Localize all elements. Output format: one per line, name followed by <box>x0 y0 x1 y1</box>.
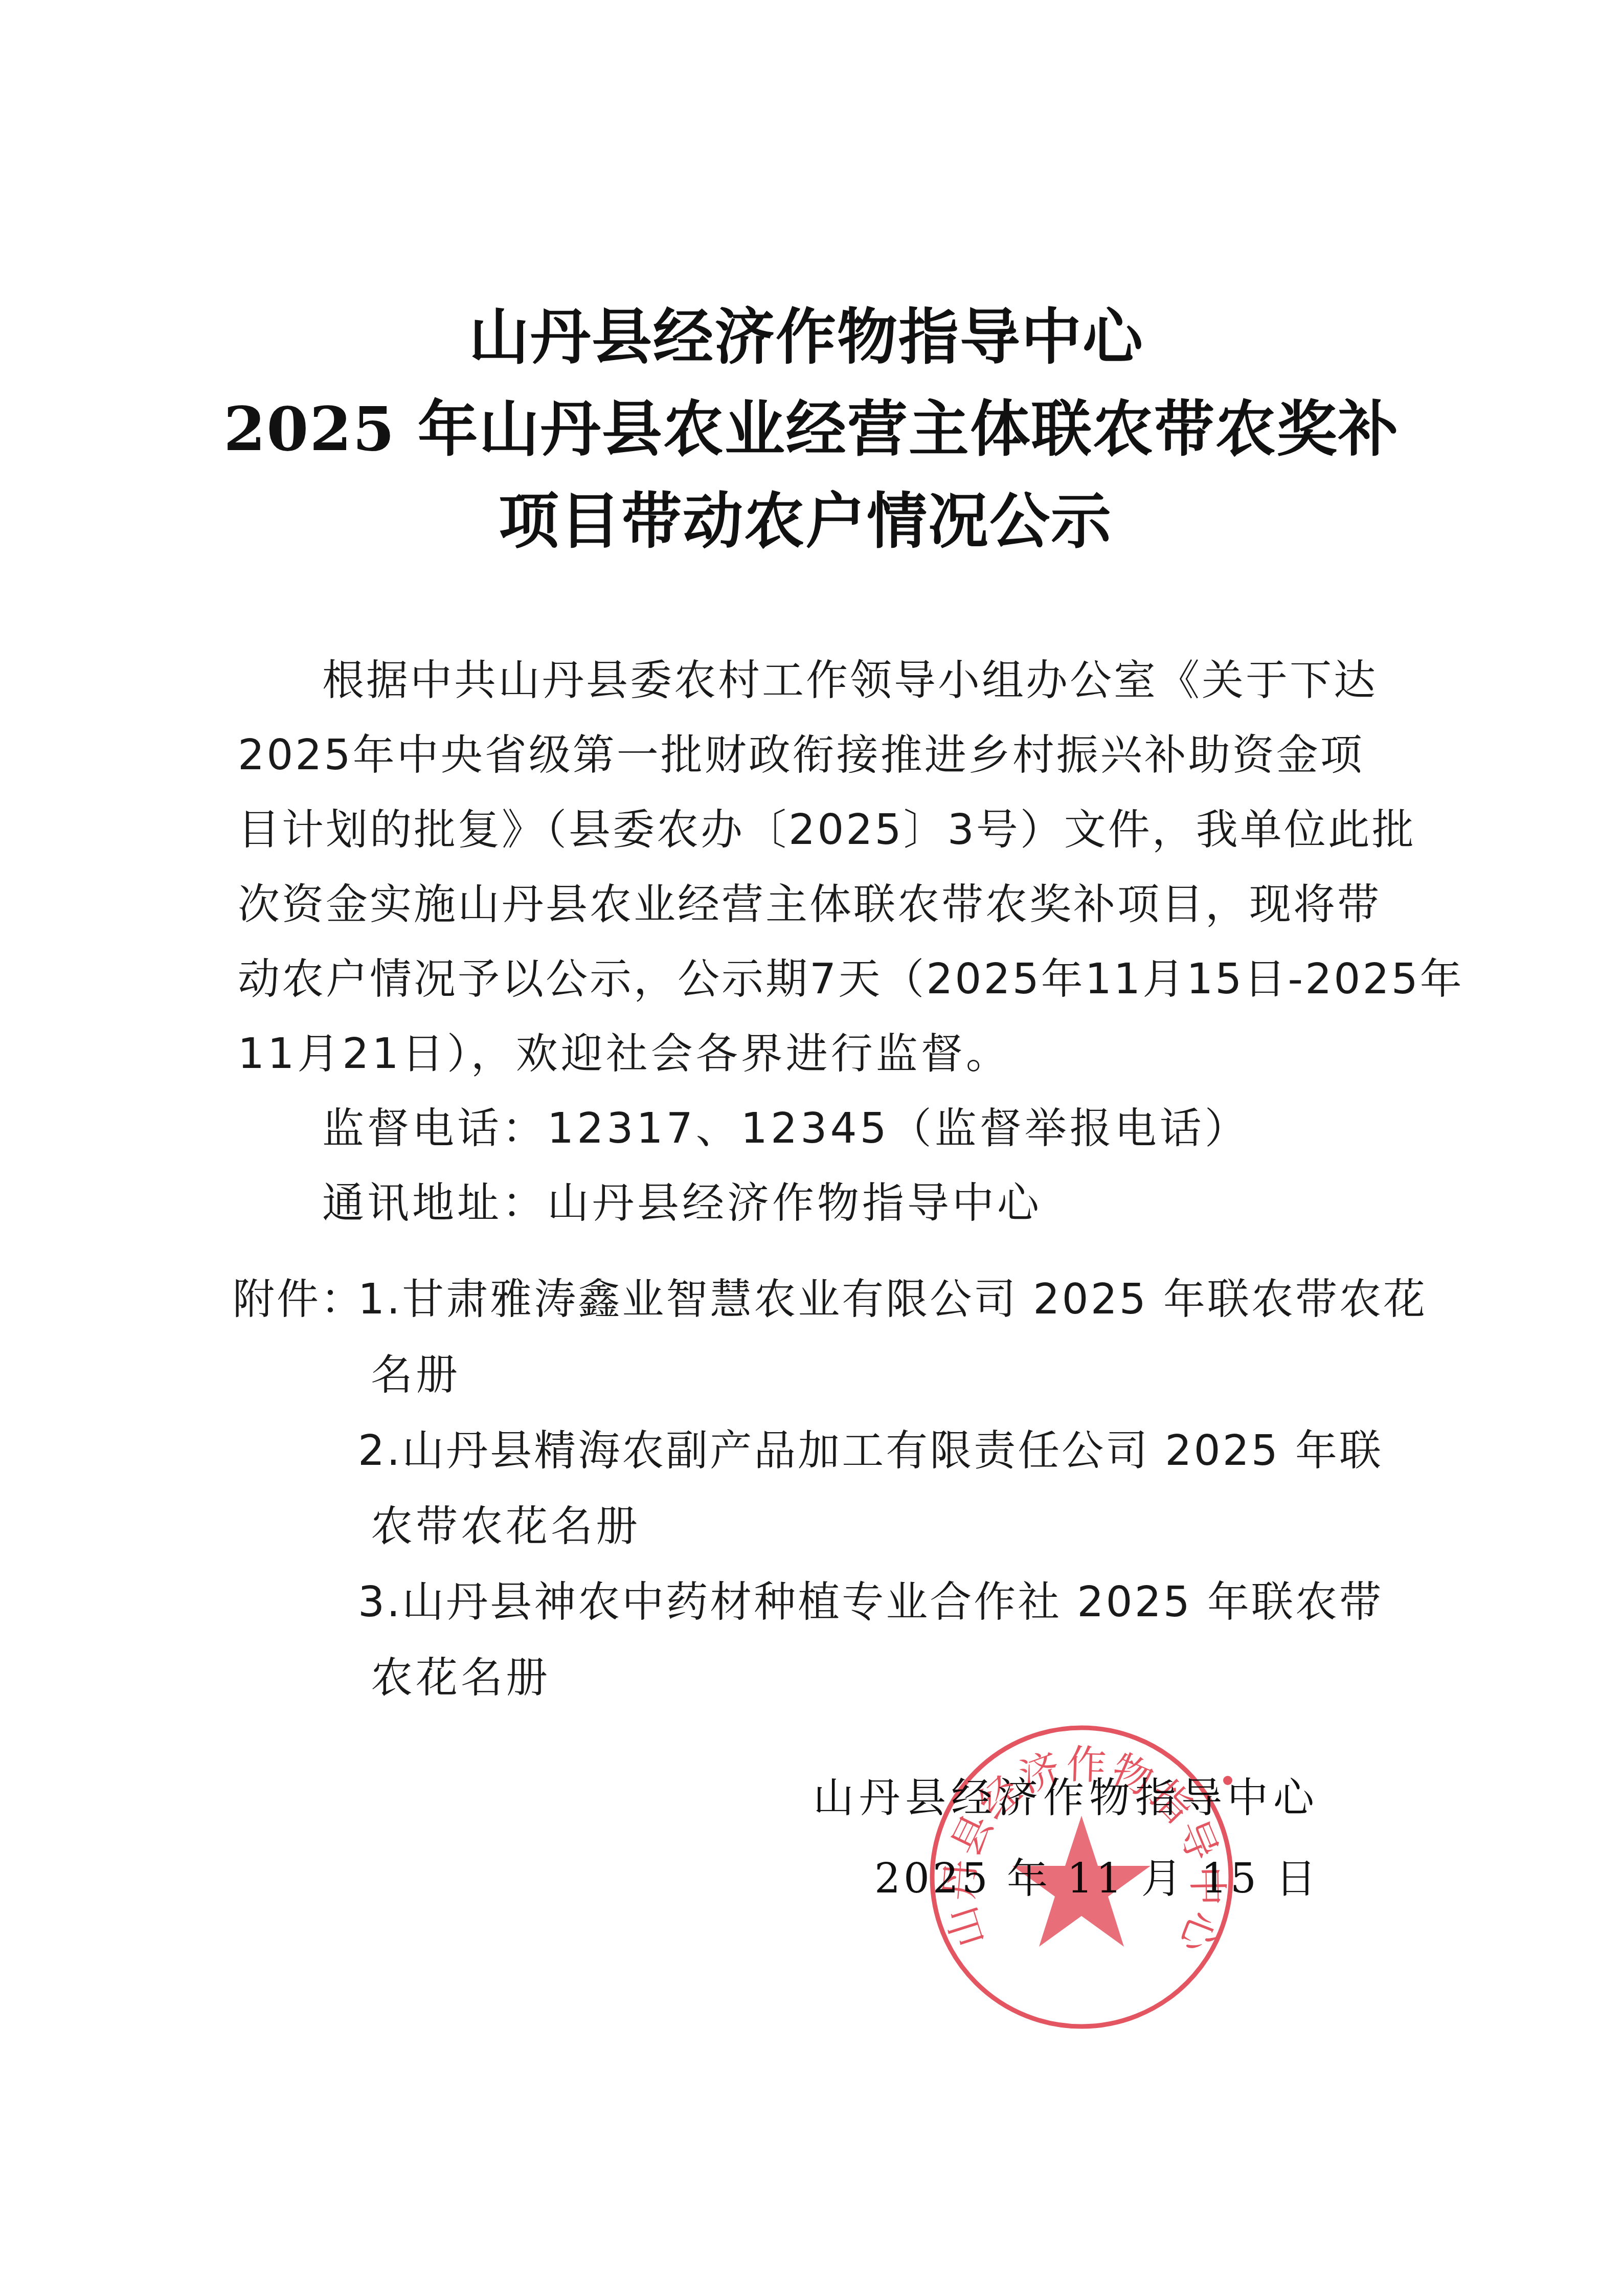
attachment-item-1: 1.甘肃雅涛鑫业智慧农业有限公司 2025 年联农带农花 名册 <box>358 1279 1360 1396</box>
paragraph-line: 次资金实施山丹县农业经营主体联农带农奖补项目，现将带 <box>238 884 1360 926</box>
attachments-section: 附件： 1.甘肃雅涛鑫业智慧农业有限公司 2025 年联农带农花 名册 2.山丹… <box>233 1279 1360 1733</box>
paragraph-line: 目计划的批复》（县委农办〔2025〕3号）文件，我单位此批 <box>238 809 1360 851</box>
supervision-phone-label: 监督电话： <box>322 1104 547 1153</box>
attachment-line: 2.山丹县精海农副产品加工有限责任公司 2025 年联 <box>358 1430 1360 1472</box>
paragraph-line: 2025年中央省级第一批财政衔接推进乡村振兴补助资金项 <box>238 734 1360 776</box>
seal-dot <box>1223 1776 1232 1785</box>
title-line-3: 项目带动农户情况公示 <box>0 491 1617 551</box>
signature-date: 2025 年 11 月 15 日 <box>874 1858 1376 1899</box>
paragraph-line: 11月21日），欢迎社会各界进行监督。 <box>238 1033 1360 1075</box>
supervision-phone: 监督电话：12317、12345（监督举报电话） <box>238 1108 1360 1150</box>
attachment-item-2: 2.山丹县精海农副产品加工有限责任公司 2025 年联 农带农花名册 <box>358 1430 1360 1548</box>
notice-body: 根据中共山丹县委农村工作领导小组办公室《关于下达 2025年中央省级第一批财政衔… <box>238 660 1360 1257</box>
title-line-2: 2025 年山丹县农业经营主体联农带农奖补 <box>0 399 1623 459</box>
supervision-phone-value: 12317、12345（监督举报电话） <box>547 1104 1250 1153</box>
signature-block: 山丹县经济作物指导中心 2025 年 11 月 15 日 <box>813 1777 1376 1899</box>
attachment-line: 1.甘肃雅涛鑫业智慧农业有限公司 2025 年联农带农花 <box>358 1279 1360 1321</box>
document-page: 山丹县经济作物指导中心 2025 年山丹县农业经营主体联农带农奖补 项目带动农户… <box>0 0 1623 2296</box>
mailing-address: 通讯地址：山丹县经济作物指导中心 <box>238 1183 1360 1224</box>
attachment-line: 农花名册 <box>358 1657 1360 1699</box>
signature-organization: 山丹县经济作物指导中心 <box>813 1777 1376 1818</box>
paragraph-line: 根据中共山丹县委农村工作领导小组办公室《关于下达 <box>238 660 1360 702</box>
mailing-address-value: 山丹县经济作物指导中心 <box>547 1179 1042 1228</box>
attachment-item-3: 3.山丹县神农中药材种植专业合作社 2025 年联农带 农花名册 <box>358 1581 1360 1699</box>
attachment-line: 农带农花名册 <box>358 1506 1360 1548</box>
attachment-line: 名册 <box>358 1354 1360 1396</box>
mailing-address-label: 通讯地址： <box>322 1179 547 1228</box>
paragraph-line: 动农户情况予以公示，公示期7天（2025年11月15日-2025年 <box>238 958 1360 1000</box>
attachment-line: 3.山丹县神农中药材种植专业合作社 2025 年联农带 <box>358 1581 1360 1623</box>
title-line-1: 山丹县经济作物指导中心 <box>0 307 1618 367</box>
document-title: 山丹县经济作物指导中心 2025 年山丹县农业经营主体联农带农奖补 项目带动农户… <box>0 307 1623 583</box>
attachments-label: 附件： <box>233 1279 365 1321</box>
